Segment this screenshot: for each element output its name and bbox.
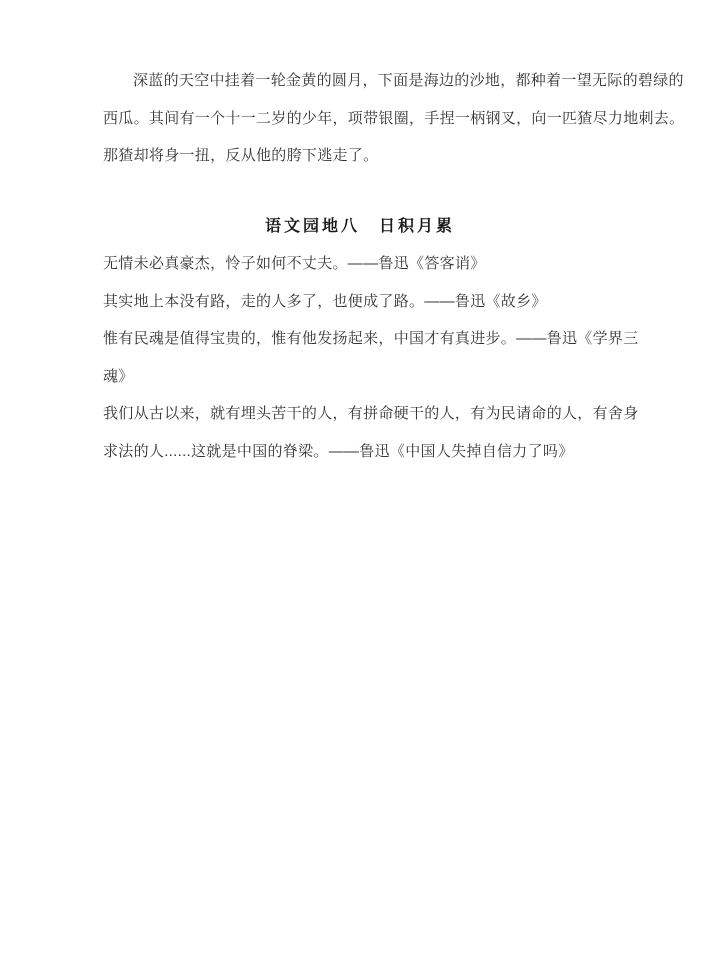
quote-paragraph-3: 惟有民魂是值得宝贵的，惟有他发扬起来，中国才有真进步。——鲁迅《学界三 魂》: [103, 320, 617, 395]
document-page: 深蓝的天空中挂着一轮金黄的圆月，下面是海边的沙地，都种着一望无际的碧绿的 西瓜。…: [0, 0, 720, 960]
quote-line: 魂》: [103, 358, 617, 396]
story-paragraph: 深蓝的天空中挂着一轮金黄的圆月，下面是海边的沙地，都种着一望无际的碧绿的 西瓜。…: [103, 62, 617, 175]
story-line-2: 西瓜。其间有一个十一二岁的少年，项带银圈，手捏一柄钢叉，向一匹猹尽力地刺去。: [103, 100, 617, 138]
quote-line: 其实地上本没有路，走的人多了，也便成了路。——鲁迅《故乡》: [103, 283, 617, 321]
quote-line: 求法的人......这就是中国的脊梁。——鲁迅《中国人失掉自信力了吗》: [103, 433, 617, 471]
section-heading: 语文园地八 日积月累: [103, 208, 617, 246]
quote-line: 惟有民魂是值得宝贵的，惟有他发扬起来，中国才有真进步。——鲁迅《学界三: [103, 320, 617, 358]
story-line-1: 深蓝的天空中挂着一轮金黄的圆月，下面是海边的沙地，都种着一望无际的碧绿的: [103, 62, 617, 100]
quote-paragraph-1: 无情未必真豪杰，怜子如何不丈夫。——鲁迅《答客诮》: [103, 245, 617, 283]
quote-line: 我们从古以来，就有埋头苦干的人，有拼命硬干的人，有为民请命的人，有舍身: [103, 395, 617, 433]
quote-line: 无情未必真豪杰，怜子如何不丈夫。——鲁迅《答客诮》: [103, 245, 617, 283]
quote-paragraph-4: 我们从古以来，就有埋头苦干的人，有拼命硬干的人，有为民请命的人，有舍身 求法的人…: [103, 395, 617, 470]
quote-paragraph-2: 其实地上本没有路，走的人多了，也便成了路。——鲁迅《故乡》: [103, 283, 617, 321]
story-line-3: 那猹却将身一扭，反从他的胯下逃走了。: [103, 137, 617, 175]
